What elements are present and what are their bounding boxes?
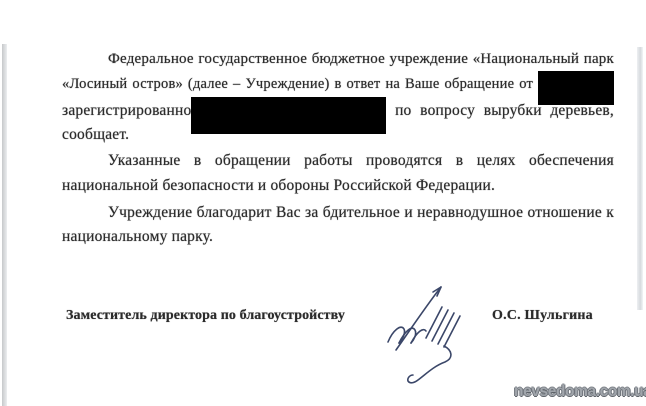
letter-line: национальному парку. xyxy=(62,224,614,249)
signatory-position-title: Заместитель директора по благоустройству xyxy=(66,303,345,328)
letter-line: Указанные в обращении работы проводятся … xyxy=(62,148,614,173)
letter-text: национальному парку. xyxy=(62,228,213,245)
scanned-letter-page: Федеральное государственное бюджетное уч… xyxy=(0,0,646,406)
handwritten-signature xyxy=(382,280,482,385)
letter-line: Учреждение благодарит Вас за бдительное … xyxy=(62,200,614,225)
signatory-name: О.С. Шульгина xyxy=(492,303,593,328)
letter-line: Федеральное государственное бюджетное уч… xyxy=(62,47,614,72)
letter-text: Федеральное государственное бюджетное уч… xyxy=(108,51,614,67)
letter-text: Указанные в обращении работы проводятся … xyxy=(108,152,614,169)
letter-line: «Лосиный остров» (далее – Учреждение) в … xyxy=(62,72,614,97)
letter-text: зарегистрированно xyxy=(62,102,191,119)
letter-text: сообщает. xyxy=(62,126,129,143)
letter-text: национальной безопасности и обороны Росс… xyxy=(62,177,495,194)
letter-text: по вопросу вырубки деревьев, xyxy=(395,102,614,119)
letter-line: национальной безопасности и обороны Росс… xyxy=(62,173,614,198)
letter-line: сообщает. xyxy=(62,122,614,147)
letter-text: Учреждение благодарит Вас за бдительное … xyxy=(108,204,614,221)
site-watermark: nevsedoma.com.ua xyxy=(514,381,646,403)
page-edge-left xyxy=(2,44,7,406)
page-edge-right xyxy=(637,47,643,310)
letter-line: зарегистрированно по вопросу вырубки дер… xyxy=(62,98,614,123)
letter-text: «Лосиный остров» (далее – Учреждение) в … xyxy=(62,76,533,92)
